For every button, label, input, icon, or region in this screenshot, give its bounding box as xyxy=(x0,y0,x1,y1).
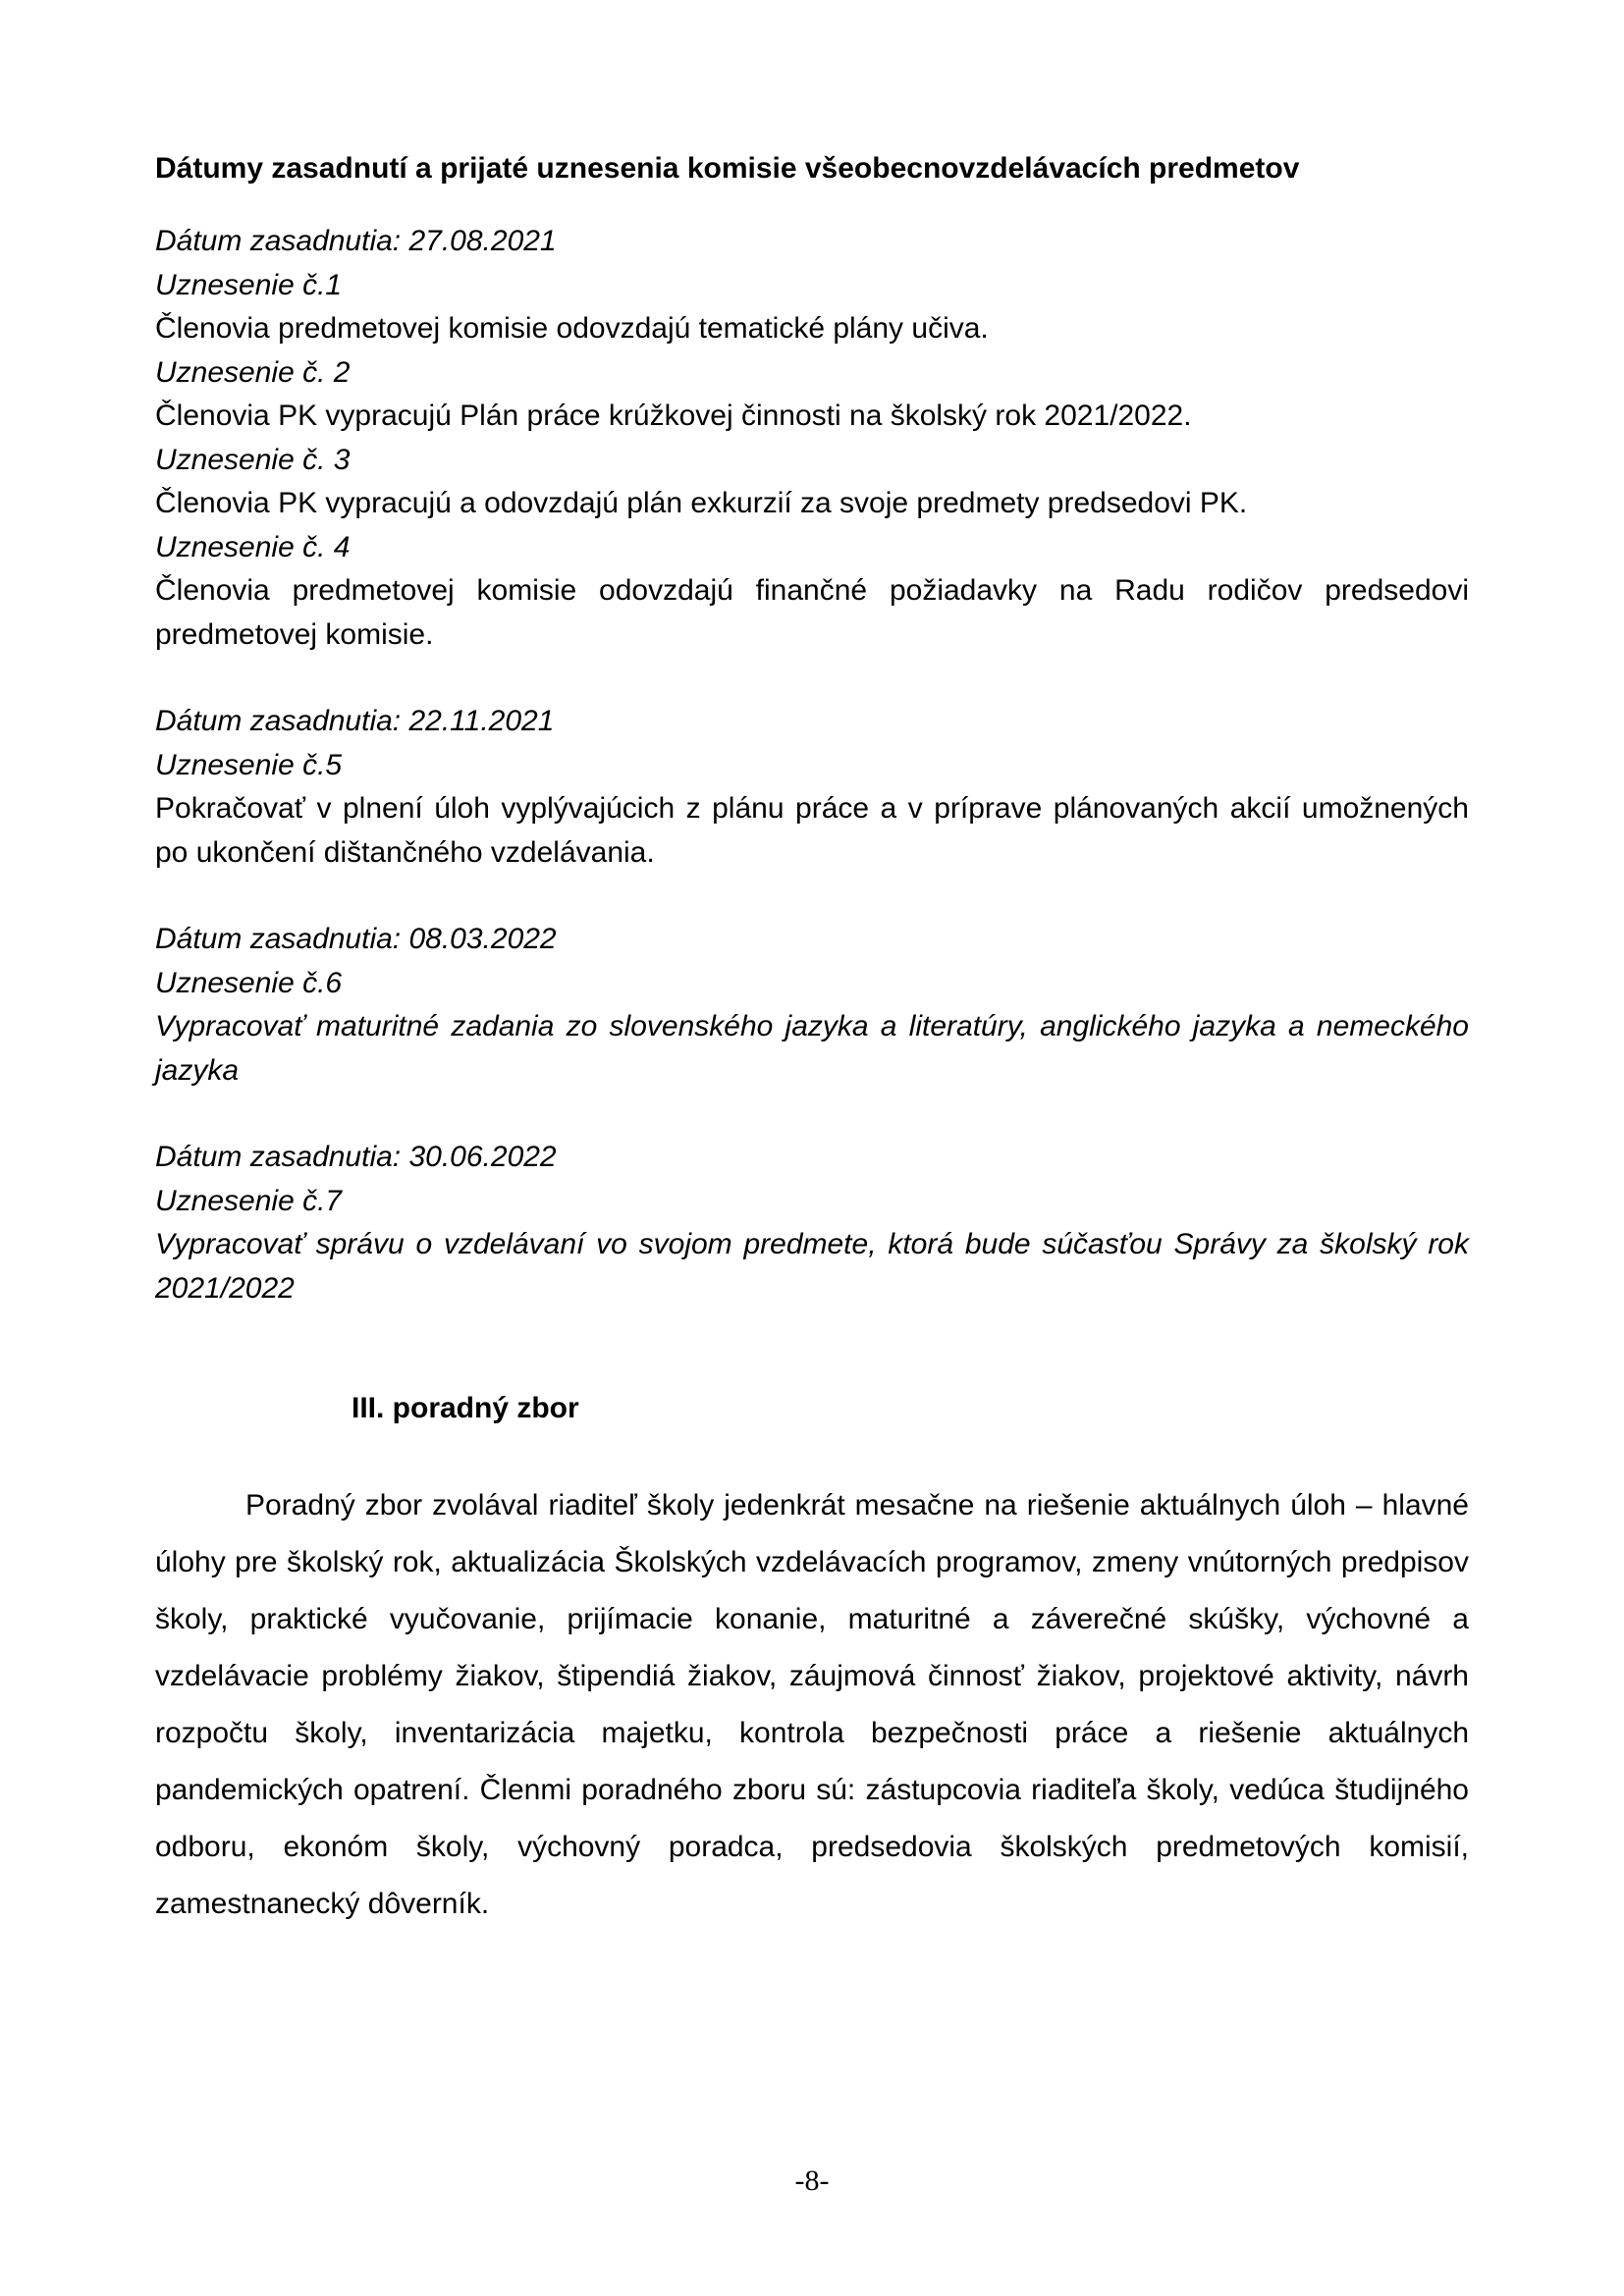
resolution-title: Uznesenie č.6 xyxy=(155,962,1469,1006)
resolution-text: Členovia PK vypracujú a odovzdajú plán e… xyxy=(155,482,1469,526)
resolution-title: Uznesenie č.1 xyxy=(155,264,1469,308)
resolution-text: Vypracovať maturitné zadania zo slovensk… xyxy=(155,1005,1469,1093)
meeting-date: Dátum zasadnutia: 30.06.2022 xyxy=(155,1136,1469,1180)
section-paragraph: Poradný zbor zvolával riaditeľ školy jed… xyxy=(155,1477,1469,1933)
resolution-title: Uznesenie č.7 xyxy=(155,1180,1469,1224)
resolution-text: Pokračovať v plnení úloh vyplývajúcich z… xyxy=(155,787,1469,875)
meeting-date: Dátum zasadnutia: 22.11.2021 xyxy=(155,700,1469,744)
resolutions-content: Dátumy zasadnutí a prijaté uznesenia kom… xyxy=(155,147,1469,1354)
resolution-title: Uznesenie č. 3 xyxy=(155,439,1469,483)
resolution-text: Vypracovať správu o vzdelávaní vo svojom… xyxy=(155,1223,1469,1310)
meeting-4: Dátum zasadnutia: 30.06.2022 Uznesenie č… xyxy=(155,1136,1469,1310)
resolution-title: Uznesenie č. 4 xyxy=(155,526,1469,570)
meeting-1: Dátum zasadnutia: 27.08.2021 Uznesenie č… xyxy=(155,220,1469,657)
resolution-text: Členovia PK vypracujú Plán práce krúžkov… xyxy=(155,395,1469,439)
resolution-text: Členovia predmetovej komisie odovzdajú f… xyxy=(155,569,1469,657)
document-page: Dátumy zasadnutí a prijaté uznesenia kom… xyxy=(0,0,1624,2296)
page-number: -8- xyxy=(0,2164,1624,2198)
meeting-2: Dátum zasadnutia: 22.11.2021 Uznesenie č… xyxy=(155,700,1469,875)
resolution-title: Uznesenie č.5 xyxy=(155,744,1469,788)
meeting-date: Dátum zasadnutia: 08.03.2022 xyxy=(155,918,1469,962)
section-heading: III. poradný zbor xyxy=(352,1387,579,1430)
meeting-3: Dátum zasadnutia: 08.03.2022 Uznesenie č… xyxy=(155,918,1469,1093)
meeting-date: Dátum zasadnutia: 27.08.2021 xyxy=(155,220,1469,264)
resolution-title: Uznesenie č. 2 xyxy=(155,351,1469,396)
resolution-text: Členovia predmetovej komisie odovzdajú t… xyxy=(155,307,1469,351)
resolutions-heading: Dátumy zasadnutí a prijaté uznesenia kom… xyxy=(155,147,1469,190)
